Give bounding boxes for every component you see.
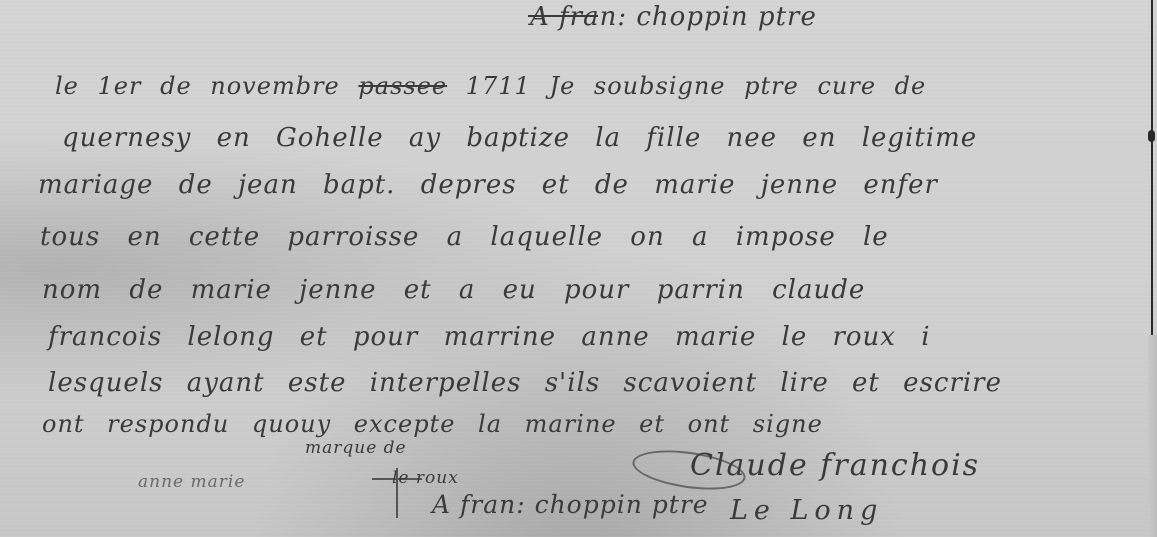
entry-line-3: mariage de jean bapt. depres et de marie… xyxy=(38,170,938,200)
entry-date: le 1er de novembre xyxy=(55,72,340,100)
document-page: A fran: choppin ptre le 1er de novembre … xyxy=(0,0,1157,537)
entry-line-1-rest: 1711 Je soubsigne ptre cure de xyxy=(466,72,926,100)
margin-rule xyxy=(1151,0,1153,335)
entry-line-5: nom de marie jenne et a eu pour parrin c… xyxy=(42,275,865,305)
entry-line-6: francois lelong et pour marrine anne mar… xyxy=(48,322,931,352)
page-edge xyxy=(1148,335,1157,537)
entry-line-4: tous en cette parroisse a laquelle on a … xyxy=(40,222,889,252)
priest-signature: A fran: choppin ptre xyxy=(432,490,709,519)
margin-rule-knot xyxy=(1148,130,1155,142)
struck-word: passee xyxy=(358,72,447,100)
entry-line-2: quernesy en Gohelle ay baptize la fille … xyxy=(62,123,977,153)
godmother-mark-label: le roux xyxy=(392,468,459,488)
entry-line-7: lesquels ayant este interpelles s'ils sc… xyxy=(48,368,1002,398)
entry-line-8: ont respondu quouy excepte la marine et … xyxy=(42,410,823,438)
entry-line-1: le 1er de novembre passee 1711 Je soubsi… xyxy=(55,72,926,100)
mark-caption: marque de xyxy=(305,438,407,458)
godfather-surname-signature: Le Long xyxy=(730,495,883,526)
godfather-signature: Claude franchois xyxy=(690,448,980,483)
godmother-name: anne marie xyxy=(138,472,245,492)
header-signature: A fran: choppin ptre xyxy=(530,2,817,32)
